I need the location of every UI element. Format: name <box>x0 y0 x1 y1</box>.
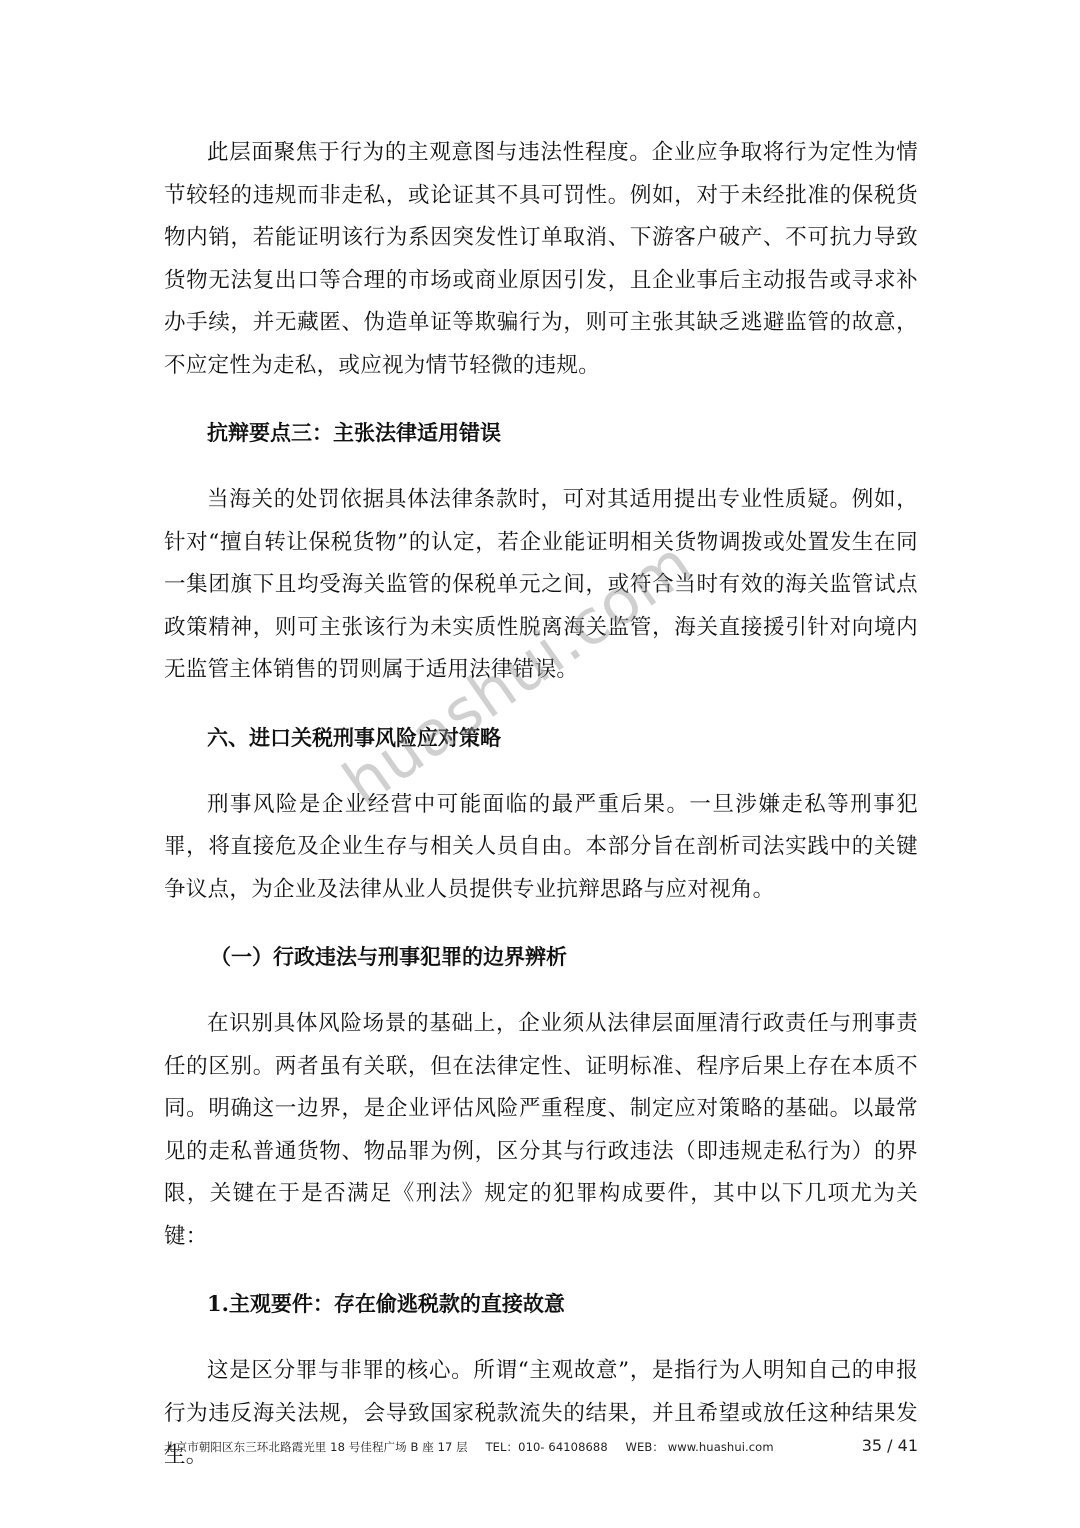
footer-address: 北京市朝阳区东三环北路霞光里 18 号佳程广场 B 座 17 层 <box>164 1440 468 1454</box>
heading-subjective-element: 1.主观要件：存在偷逃税款的直接故意 <box>164 1283 918 1325</box>
document-page: 此层面聚焦于行为的主观意图与违法性程度。企业应争取将行为定性为情节较轻的违规而非… <box>0 0 1080 1528</box>
footer-contact-line: 北京市朝阳区东三环北路霞光里 18 号佳程广场 B 座 17 层 TEL：010… <box>164 1439 788 1455</box>
footer-website: WEB： www.huashui.com <box>626 1440 774 1454</box>
paragraph-criminal-risk-intro: 刑事风险是企业经营中可能面临的最严重后果。一旦涉嫌走私等刑事犯罪，将直接危及企业… <box>164 784 918 912</box>
paragraph-boundary-analysis: 在识别具体风险场景的基础上，企业须从法律层面厘清行政责任与刑事责任的区别。两者虽… <box>164 1003 918 1258</box>
page-number: 35 / 41 <box>862 1436 918 1455</box>
paragraph-legal-application-error: 当海关的处罚依据具体法律条款时，可对其适用提出专业性质疑。例如，针对“擅自转让保… <box>164 479 918 692</box>
heading-defense-point-three: 抗辩要点三：主张法律适用错误 <box>164 412 918 454</box>
page-footer: 北京市朝阳区东三环北路霞光里 18 号佳程广场 B 座 17 层 TEL：010… <box>164 1436 918 1460</box>
paragraph-subjective-intent: 此层面聚焦于行为的主观意图与违法性程度。企业应争取将行为定性为情节较轻的违规而非… <box>164 132 918 387</box>
heading-subsection-one: （一）行政违法与刑事犯罪的边界辨析 <box>164 936 918 978</box>
footer-telephone: TEL：010- 64108688 <box>486 1440 608 1454</box>
heading-section-six: 六、进口关税刑事风险应对策略 <box>164 717 918 759</box>
page-content: 此层面聚焦于行为的主观意图与违法性程度。企业应争取将行为定性为情节较轻的违规而非… <box>164 132 918 1478</box>
